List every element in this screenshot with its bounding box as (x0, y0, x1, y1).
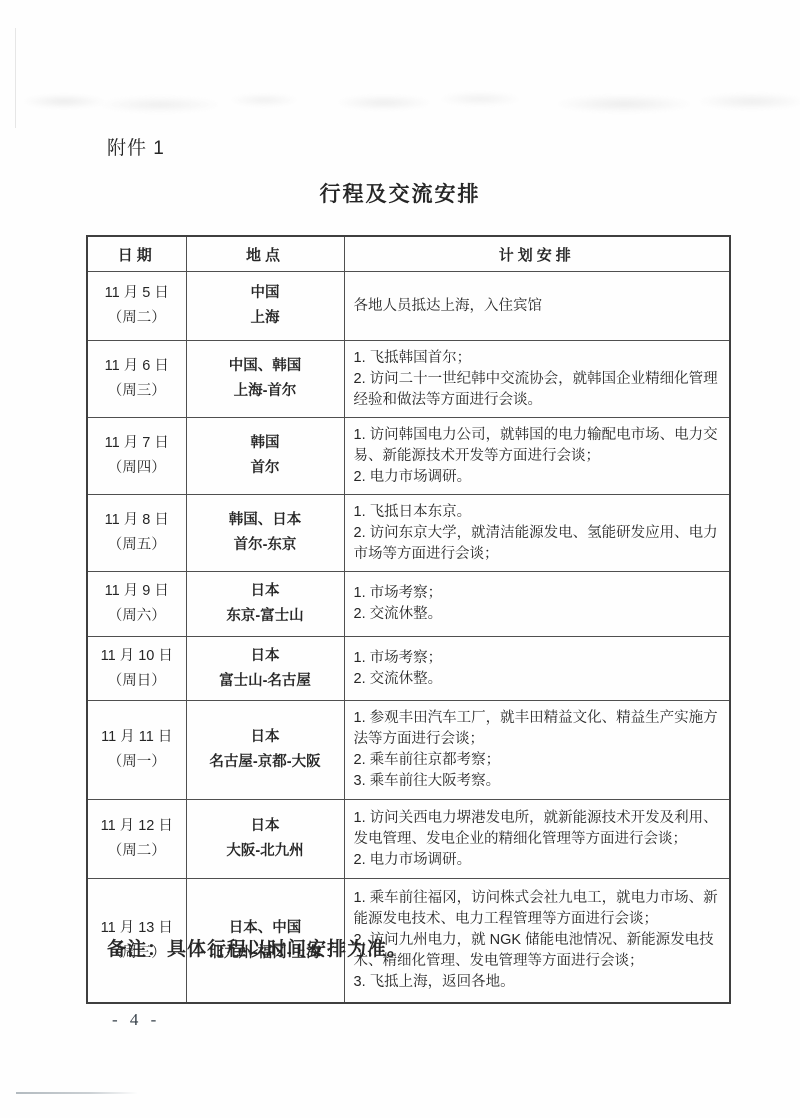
plan-cell: 1. 飞抵日本东京。2. 访问东京大学，就清洁能源发电、氢能研发应用、电力市场等… (344, 495, 730, 572)
plan-cell: 1. 参观丰田汽车工厂，就丰田精益文化、精益生产实施方法等方面进行会谈；2. 乘… (344, 701, 730, 800)
date-line: 11 月 11 日 (90, 725, 184, 750)
date-line: （周六） (90, 604, 184, 629)
location-line: 首尔-东京 (189, 533, 342, 558)
plan-item: 1. 飞抵日本东京。 (354, 502, 721, 523)
date-cell: 11 月 9 日（周六） (87, 572, 186, 637)
location-line: 东京-富士山 (189, 604, 342, 629)
plan-cell: 1. 访问韩国电力公司，就韩国的电力输配电市场、电力交易、新能源技术开发等方面进… (344, 418, 730, 495)
date-line: 11 月 9 日 (90, 579, 184, 604)
plan-item: 1. 参观丰田汽车工厂，就丰田精益文化、精益生产实施方法等方面进行会谈； (354, 708, 721, 750)
date-line: 11 月 12 日 (90, 814, 184, 839)
date-cell: 11 月 10 日（周日） (87, 637, 186, 701)
location-line: 上海-首尔 (189, 379, 342, 404)
location-line: 上海 (189, 306, 342, 331)
location-line: 日本 (189, 644, 342, 669)
scan-artifact-line (16, 1092, 138, 1094)
plan-item: 2. 交流休整。 (354, 604, 721, 625)
location-line: 日本 (189, 725, 342, 750)
table-header-row: 日期 地点 计划安排 (87, 236, 730, 272)
date-cell: 11 月 11 日（周一） (87, 701, 186, 800)
attachment-label: 附件 1 (107, 133, 165, 160)
date-line: 11 月 8 日 (90, 508, 184, 533)
plan-item: 3. 飞抵上海，返回各地。 (354, 972, 721, 993)
header-date: 日期 (87, 236, 186, 272)
date-line: （周二） (90, 839, 184, 864)
date-cell: 11 月 12 日（周二） (87, 800, 186, 879)
plan-item: 2. 访问二十一世纪韩中交流协会，就韩国企业精细化管理经验和做法等方面进行会谈。 (354, 369, 721, 411)
date-cell: 11 月 8 日（周五） (87, 495, 186, 572)
plan-item: 2. 电力市场调研。 (354, 850, 721, 871)
location-cell: 韩国、日本首尔-东京 (186, 495, 344, 572)
location-cell: 中国上海 (186, 272, 344, 341)
scan-edge-artifact (15, 28, 16, 128)
location-line: 韩国、日本 (189, 508, 342, 533)
location-line: 富士山-名古屋 (189, 669, 342, 694)
plan-item: 1. 飞抵韩国首尔； (354, 348, 721, 369)
plan-cell: 1. 访问关西电力堺港发电所，就新能源技术开发及利用、发电管理、发电企业的精细化… (344, 800, 730, 879)
page-number: - 4 - (112, 1010, 160, 1030)
location-cell: 中国、韩国上海-首尔 (186, 341, 344, 418)
plan-item: 2. 电力市场调研。 (354, 467, 721, 488)
table-row: 11 月 10 日（周日）日本富士山-名古屋1. 市场考察；2. 交流休整。 (87, 637, 730, 701)
document-page: 附件 1 行程及交流安排 日期 地点 计划安排 11 月 5 日（周二）中国上海… (0, 0, 800, 1118)
location-cell: 日本富士山-名古屋 (186, 637, 344, 701)
plan-item: 1. 访问关西电力堺港发电所，就新能源技术开发及利用、发电管理、发电企业的精细化… (354, 808, 721, 850)
header-location: 地点 (186, 236, 344, 272)
note-text: 备注：具体行程以时间安排为准。 (107, 934, 407, 961)
plan-item: 1. 乘车前往福冈，访问株式会社九电工，就电力市场、新能源发电技术、电力工程管理… (354, 888, 721, 930)
plan-item: 3. 乘车前往大阪考察。 (354, 771, 721, 792)
header-plan: 计划安排 (344, 236, 730, 272)
schedule-table: 日期 地点 计划安排 11 月 5 日（周二）中国上海各地人员抵达上海，入住宾馆… (86, 235, 731, 1004)
date-line: （周四） (90, 456, 184, 481)
plan-item: 2. 乘车前往京都考察； (354, 750, 721, 771)
location-cell: 日本名古屋-京都-大阪 (186, 701, 344, 800)
table-row: 11 月 8 日（周五）韩国、日本首尔-东京1. 飞抵日本东京。2. 访问东京大… (87, 495, 730, 572)
date-cell: 11 月 7 日（周四） (87, 418, 186, 495)
plan-cell: 1. 飞抵韩国首尔；2. 访问二十一世纪韩中交流协会，就韩国企业精细化管理经验和… (344, 341, 730, 418)
scan-noise-band (0, 58, 800, 120)
date-cell: 11 月 5 日（周二） (87, 272, 186, 341)
location-cell: 日本东京-富士山 (186, 572, 344, 637)
date-line: （周一） (90, 750, 184, 775)
date-line: 11 月 10 日 (90, 644, 184, 669)
location-line: 日本 (189, 814, 342, 839)
plan-item: 1. 市场考察； (354, 648, 721, 669)
date-line: 11 月 7 日 (90, 431, 184, 456)
plan-cell: 各地人员抵达上海，入住宾馆 (344, 272, 730, 341)
table-row: 11 月 5 日（周二）中国上海各地人员抵达上海，入住宾馆 (87, 272, 730, 341)
table-row: 11 月 12 日（周二）日本大阪-北九州1. 访问关西电力堺港发电所，就新能源… (87, 800, 730, 879)
location-line: 首尔 (189, 456, 342, 481)
date-line: （周日） (90, 669, 184, 694)
date-line: （周三） (90, 379, 184, 404)
table-row: 11 月 11 日（周一）日本名古屋-京都-大阪1. 参观丰田汽车工厂，就丰田精… (87, 701, 730, 800)
plan-item: 各地人员抵达上海，入住宾馆 (354, 296, 721, 317)
table-row: 11 月 7 日（周四）韩国首尔1. 访问韩国电力公司，就韩国的电力输配电市场、… (87, 418, 730, 495)
plan-item: 2. 访问东京大学，就清洁能源发电、氢能研发应用、电力市场等方面进行会谈； (354, 523, 721, 565)
table-row: 11 月 9 日（周六）日本东京-富士山1. 市场考察；2. 交流休整。 (87, 572, 730, 637)
location-cell: 日本大阪-北九州 (186, 800, 344, 879)
table-row: 11 月 6 日（周三）中国、韩国上海-首尔1. 飞抵韩国首尔；2. 访问二十一… (87, 341, 730, 418)
date-line: 11 月 6 日 (90, 354, 184, 379)
plan-item: 1. 访问韩国电力公司，就韩国的电力输配电市场、电力交易、新能源技术开发等方面进… (354, 425, 721, 467)
plan-item: 2. 交流休整。 (354, 669, 721, 690)
date-cell: 11 月 6 日（周三） (87, 341, 186, 418)
location-line: 大阪-北九州 (189, 839, 342, 864)
date-line: （周二） (90, 306, 184, 331)
location-line: 中国 (189, 281, 342, 306)
plan-cell: 1. 市场考察；2. 交流休整。 (344, 572, 730, 637)
date-line: 11 月 5 日 (90, 281, 184, 306)
plan-cell: 1. 市场考察；2. 交流休整。 (344, 637, 730, 701)
location-line: 名古屋-京都-大阪 (189, 750, 342, 775)
location-line: 日本 (189, 579, 342, 604)
plan-item: 1. 市场考察； (354, 583, 721, 604)
page-title: 行程及交流安排 (0, 178, 800, 208)
date-line: （周五） (90, 533, 184, 558)
plan-item: 2. 访问九州电力，就 NGK 储能电池情况、新能源发电技术、精细化管理、发电管… (354, 930, 721, 972)
location-line: 中国、韩国 (189, 354, 342, 379)
location-line: 韩国 (189, 431, 342, 456)
location-cell: 韩国首尔 (186, 418, 344, 495)
